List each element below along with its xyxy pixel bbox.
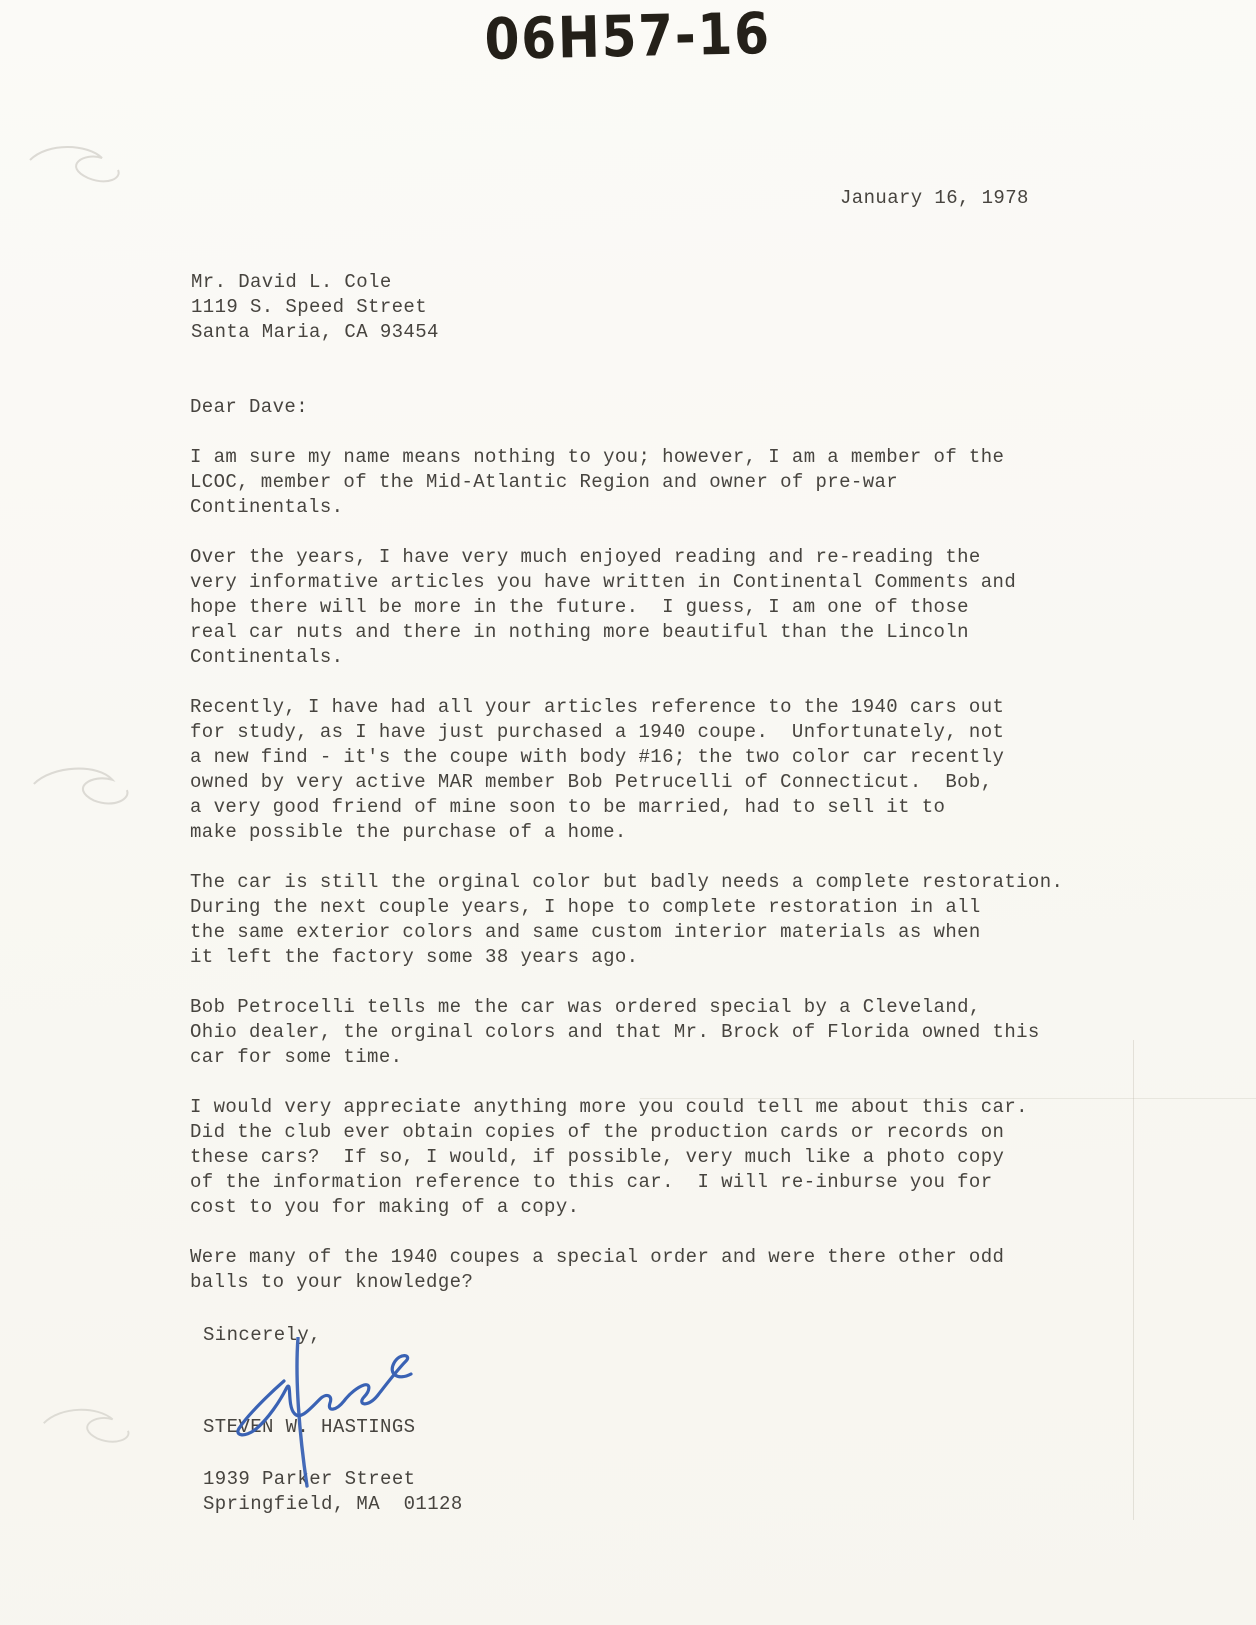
paper-crease-horizontal <box>640 1098 1256 1099</box>
body-paragraph-2: Over the years, I have very much enjoyed… <box>190 545 1110 670</box>
letter-page: 06H57-16 January 16, 1978 Mr. David L. C… <box>0 0 1256 1625</box>
recipient-name: Mr. David L. Cole <box>191 270 439 295</box>
recipient-city: Santa Maria, CA 93454 <box>191 320 439 345</box>
body-paragraph-3: Recently, I have had all your articles r… <box>190 695 1110 845</box>
sender-city: Springfield, MA 01128 <box>203 1492 1110 1517</box>
body-paragraph-6: I would very appreciate anything more yo… <box>190 1095 1110 1220</box>
body-paragraph-4: The car is still the orginal color but b… <box>190 870 1110 970</box>
letter-date: January 16, 1978 <box>840 186 1029 211</box>
smudge-mark-bottom-left <box>38 1398 148 1456</box>
recipient-address-block: Mr. David L. Cole 1119 S. Speed Street S… <box>191 270 439 345</box>
document-id-handwritten: 06H57-16 <box>0 4 1256 70</box>
smudge-mark-middle-left <box>25 755 145 817</box>
smudge-mark-top-left <box>22 138 137 198</box>
document-id-text: 06H57-16 <box>484 1 772 73</box>
salutation: Dear Dave: <box>190 395 1110 420</box>
body-paragraph-7: Were many of the 1940 coupes a special o… <box>190 1245 1110 1295</box>
body-paragraph-1: I am sure my name means nothing to you; … <box>190 445 1110 520</box>
body-paragraph-5: Bob Petrocelli tells me the car was orde… <box>190 995 1110 1070</box>
recipient-street: 1119 S. Speed Street <box>191 295 439 320</box>
paper-crease-vertical <box>1133 1040 1134 1520</box>
signature-scribble <box>228 1337 428 1489</box>
